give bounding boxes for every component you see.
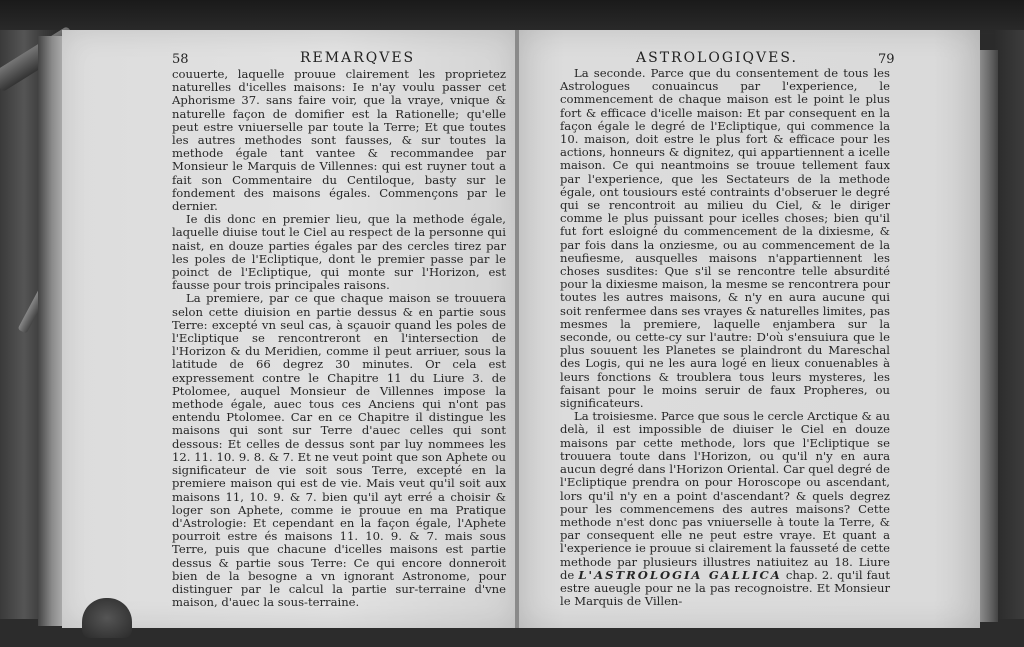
book-title-citation: L'ASTROLOGIA GALLICA (578, 568, 781, 582)
thumb-holding-page (82, 598, 132, 638)
paragraph: La premiere, par ce que chaque maison se… (172, 292, 506, 609)
background-right (994, 30, 1024, 647)
paragraph: couuerte, laquelle prouue clairement les… (172, 68, 506, 213)
paragraph: Ie dis donc en premier lieu, que la meth… (172, 213, 506, 292)
right-page-body: La seconde. Parce que du consentement de… (560, 67, 890, 608)
left-page-body: couuerte, laquelle prouue clairement les… (172, 68, 506, 609)
paragraph: La seconde. Parce que du consentement de… (560, 67, 890, 410)
paragraph: La troisiesme. Parce que sous le cercle … (560, 410, 890, 608)
left-running-head: REMARQVES (300, 50, 415, 68)
right-page-number: 79 (878, 52, 895, 67)
paragraph-text: La troisiesme. Parce que sous le cercle … (560, 409, 890, 581)
book-gutter (515, 30, 519, 628)
left-page-number: 58 (172, 52, 189, 67)
background-top (0, 0, 1024, 34)
